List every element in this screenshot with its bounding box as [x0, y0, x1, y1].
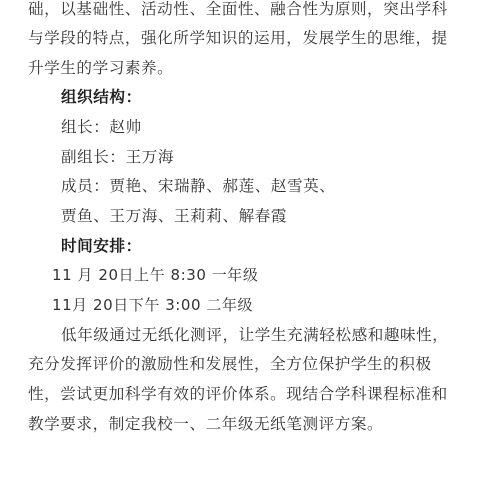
members-line-2: 贾鱼、王万海、王莉莉、解春霞 [61, 201, 287, 231]
schedule-heading: 时间安排： [61, 231, 142, 261]
group-leader: 组长：赵帅 [61, 112, 142, 142]
intro-paragraph-line-3: 升学生的学习素养。 [28, 53, 173, 83]
intro-paragraph-line-2: 与学段的特点，强化所学知识的运用，发展学生的思维，提 [28, 23, 448, 53]
organization-heading: 组织结构： [61, 82, 142, 112]
schedule-item-grade-1: 11 月 20日上午 8:30 一年级 [52, 260, 258, 290]
members-line-1: 成员：贾艳、宋瑞静、郝莲、赵雪英、 [61, 171, 335, 201]
closing-paragraph-line-4: 教学要求，制定我校一、二年级无纸笔测评方案。 [28, 409, 383, 439]
closing-paragraph-line-1: 低年级通过无纸化测评，让学生充满轻松感和趣味性， [61, 320, 448, 350]
intro-paragraph-line-1: 础，以基础性、活动性、全面性、融合性为原则，突出学科 [28, 0, 448, 24]
deputy-group-leader: 副组长：王万海 [61, 142, 174, 172]
schedule-item-grade-2: 11月 20日下午 3:00 二年级 [52, 290, 253, 320]
closing-paragraph-line-3: 性，尝试更加科学有效的评价体系。现结合学科课程标准和 [28, 379, 448, 409]
closing-paragraph-line-2: 充分发挥评价的激励性和发展性，全方位保护学生的积极 [28, 349, 432, 379]
